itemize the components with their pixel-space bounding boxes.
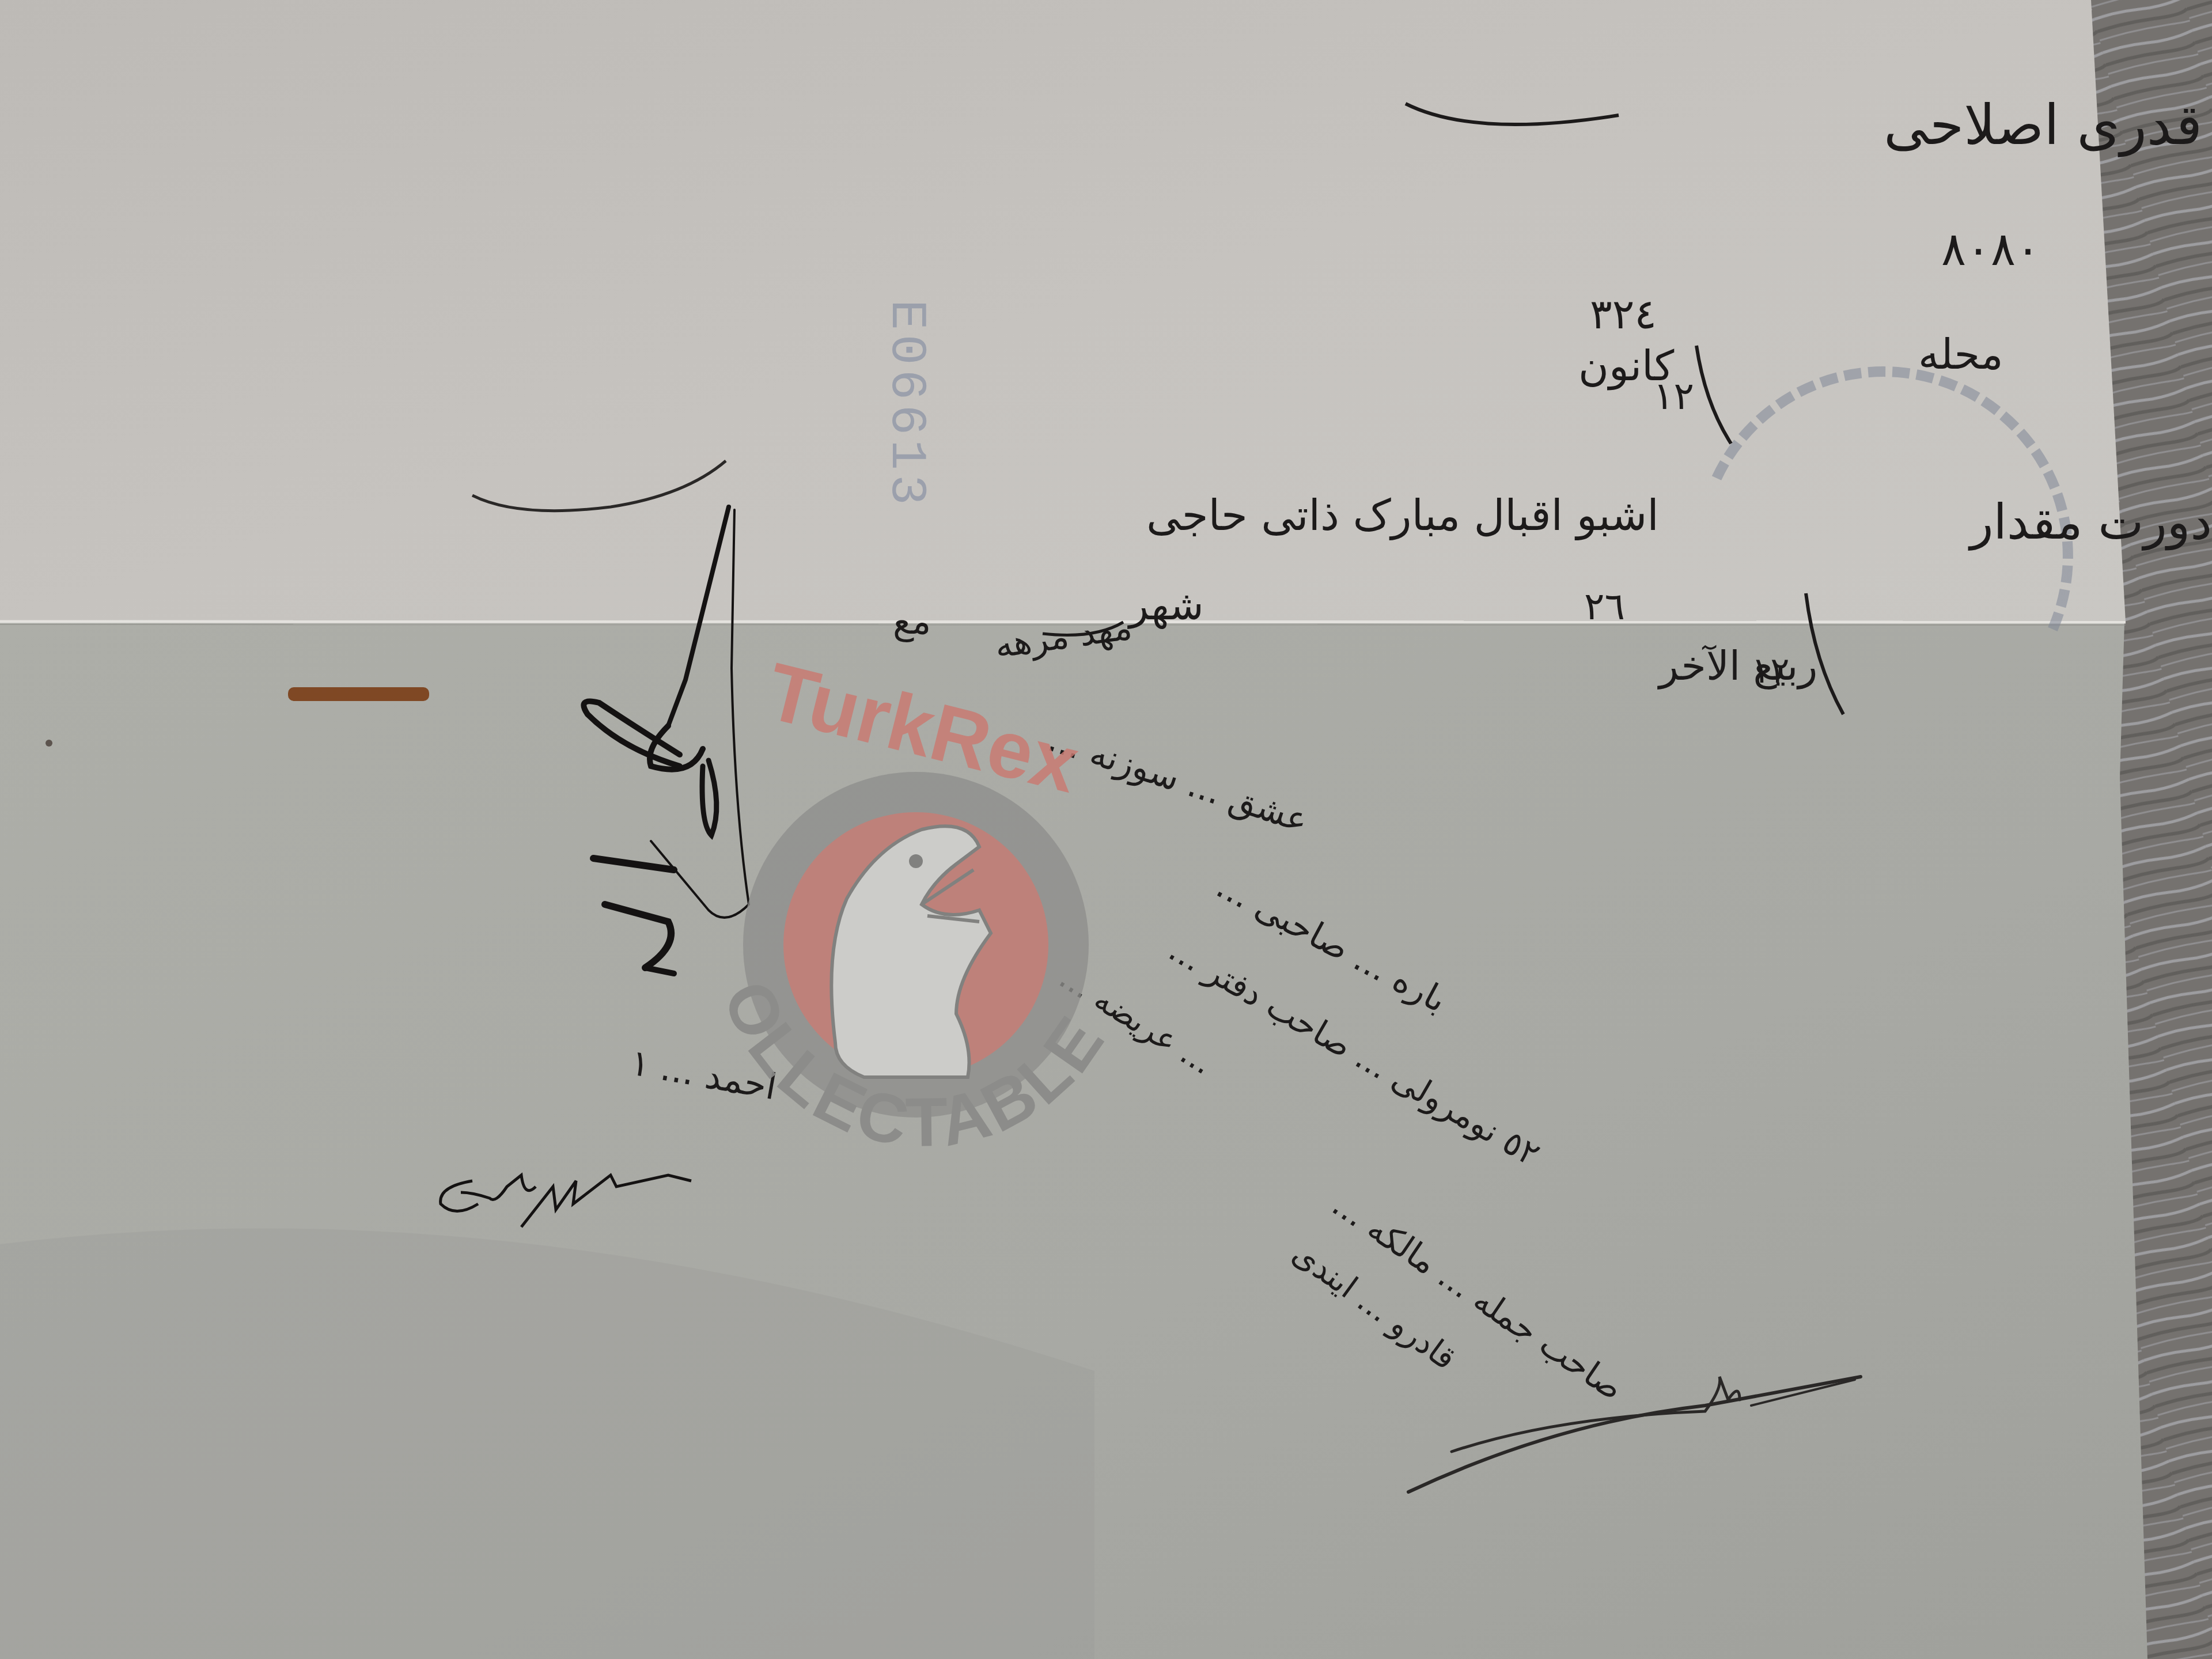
rust-stain — [288, 687, 429, 701]
date2-month: ربیع الآخر — [1657, 642, 1817, 690]
header-title: قدری اصلاحی — [1884, 93, 2202, 157]
date2-day: ١٢ — [1751, 649, 1790, 691]
body-line: مع — [893, 600, 931, 642]
serial-stamp: E06613 — [877, 300, 934, 510]
document-photo: E06613 قدری اصلاحی ٨٠٨٠ محله ٣٢٤ کانون ١… — [0, 0, 2212, 1659]
paper-sheet — [0, 0, 2147, 1659]
body-line: اشبو اقبال مبارک ذاتی حاجی — [1146, 491, 1659, 540]
reference-number: ٨٠٨٠ — [1941, 222, 2040, 276]
body-line: شهر — [1127, 582, 1204, 629]
paper-top-half — [0, 0, 2126, 622]
date1-year: ٣٢٤ — [1590, 290, 1657, 338]
header-line3: ایلی دورت مقدار — [1968, 494, 2212, 551]
mahalle-label: محله — [1918, 330, 2003, 378]
date2-year: ٢٦ — [1584, 584, 1625, 628]
date1-day: ١٢ — [1653, 374, 1694, 418]
